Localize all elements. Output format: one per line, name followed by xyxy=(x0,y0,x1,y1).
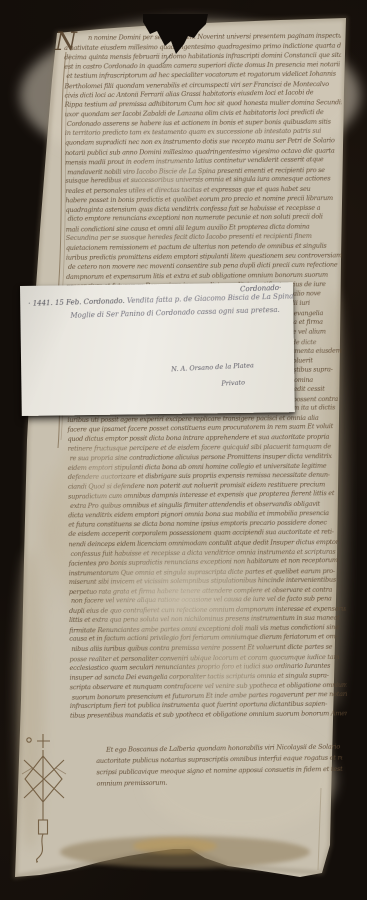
archival-slip: Cordonado· · 1441. 15 Feb. Cordonado. Ve… xyxy=(20,282,295,416)
slip-second-line: Moglie di Ser Panino di Cordonado cassa … xyxy=(70,306,280,321)
slip-date-rest: Vendita fatta p. de Giacomo Biscia de La… xyxy=(127,292,294,305)
slip-signature-title: Privato xyxy=(221,378,245,388)
torn-notch xyxy=(138,14,218,64)
manuscript-photo: N n nomine Domini per secula Amen. Nover… xyxy=(0,0,367,900)
slip-date: · 1441. 15 Feb. Cordonado. xyxy=(28,297,127,308)
notarial-attestation: Et ego Boscanus de Lalberia quondam hono… xyxy=(96,742,343,790)
notary-signum-icon xyxy=(12,728,92,863)
manuscript-line: tibus presentibus mandatis et sub ypothe… xyxy=(70,709,347,721)
slip-signature: N. A. Orsano de la Platea xyxy=(171,361,254,374)
